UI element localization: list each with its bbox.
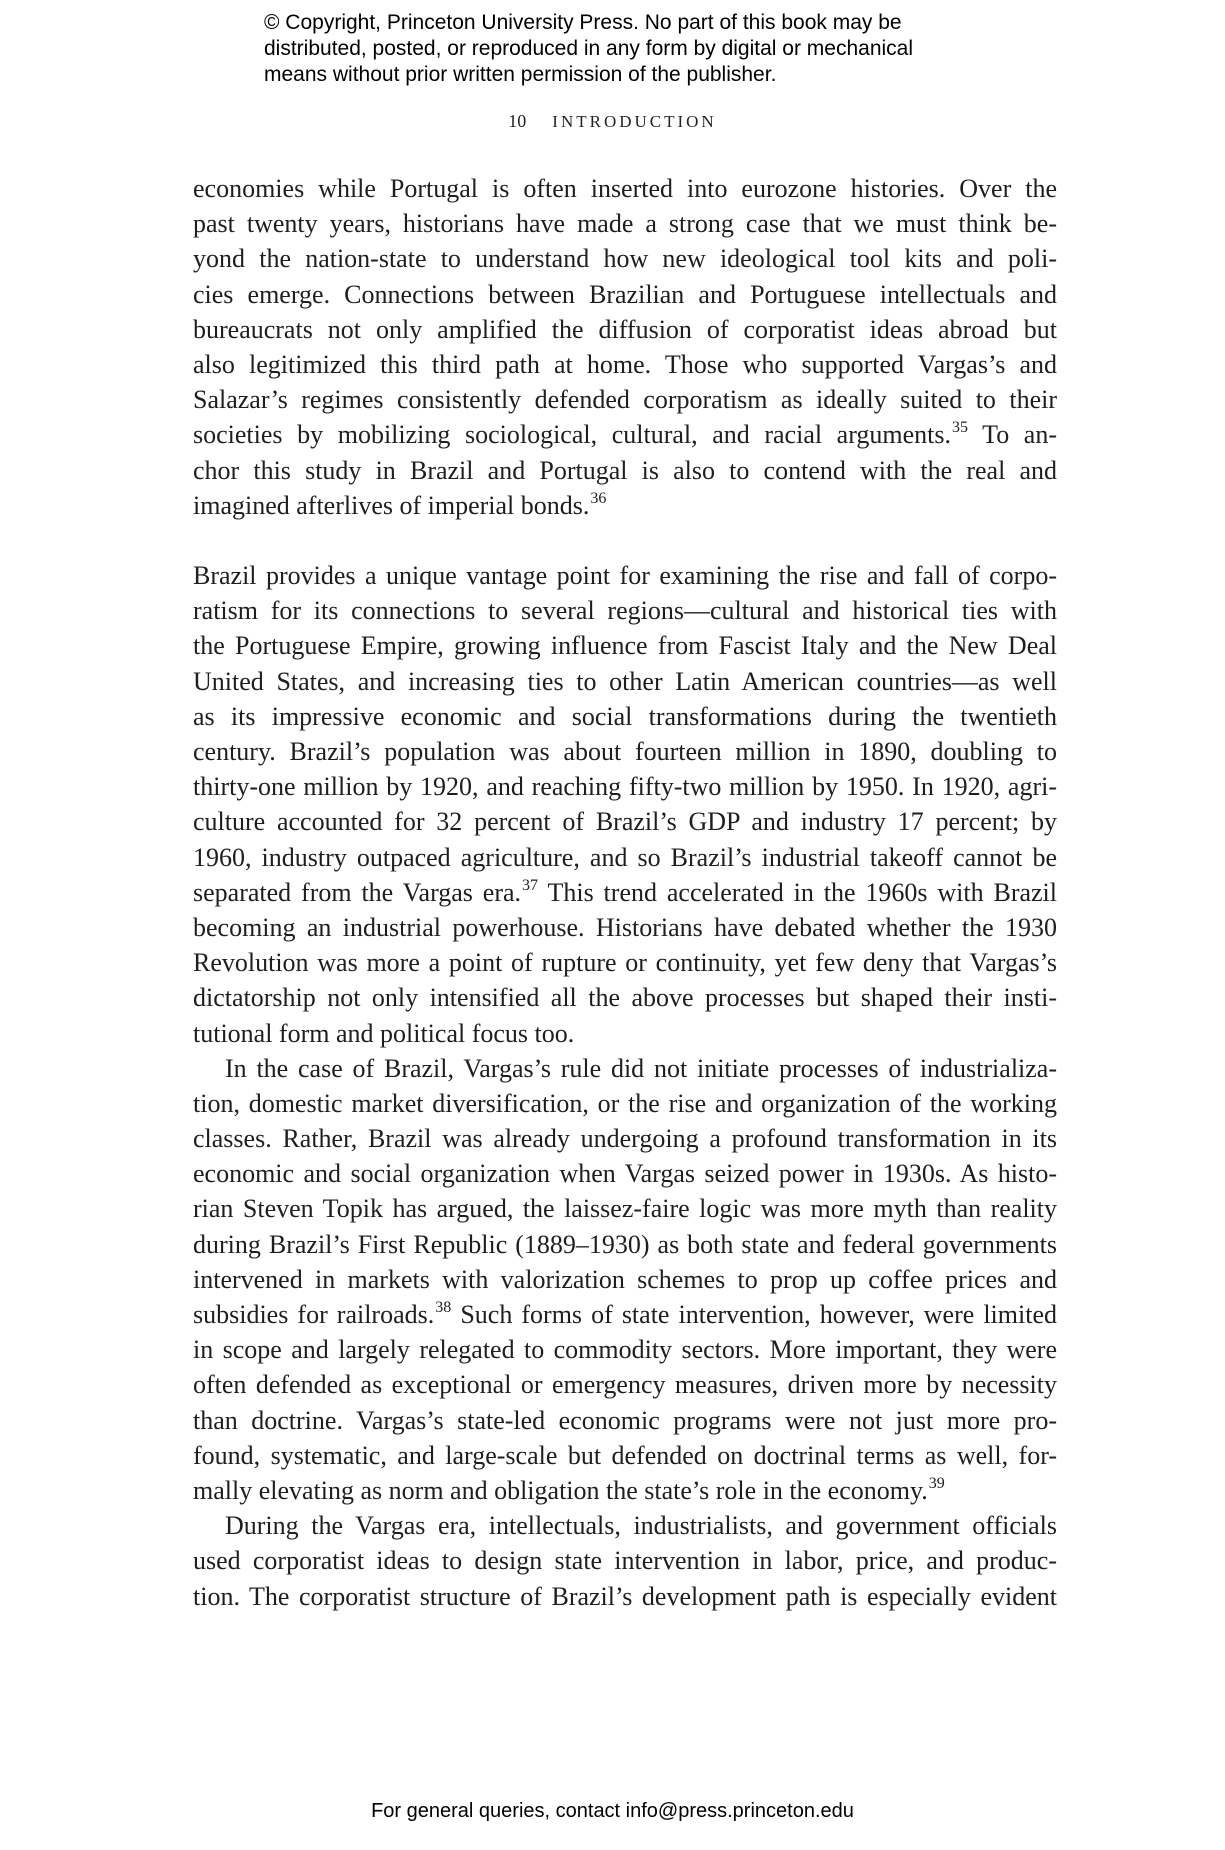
text-run: This trend accelerated in the 1960s with…: [538, 878, 1057, 907]
text-line: separated from the Vargas era.37 This tr…: [193, 875, 1057, 910]
paragraph: economies while Portugal is often insert…: [193, 171, 1057, 523]
text-line: imagined afterlives of imperial bonds.36: [193, 488, 1057, 523]
footnote-marker[interactable]: 36: [590, 490, 606, 507]
text-run: Such forms of state intervention, howeve…: [451, 1300, 1057, 1329]
copyright-line: means without prior written permission o…: [264, 62, 984, 88]
text-run: separated from the Vargas era.: [193, 878, 521, 907]
copyright-line: distributed, posted, or reproduced in an…: [264, 36, 984, 62]
text-line: in scope and largely relegated to commod…: [193, 1332, 1057, 1367]
text-run: subsidies for railroads.: [193, 1300, 434, 1329]
text-line: societies by mobilizing sociological, cu…: [193, 417, 1057, 452]
paragraph: Brazil provides a unique vantage point f…: [193, 558, 1057, 1051]
paragraph: During the Vargas era, intellectuals, in…: [193, 1508, 1057, 1614]
text-line: used corporatist ideas to design state i…: [193, 1543, 1057, 1578]
text-run: societies by mobilizing sociological, cu…: [193, 420, 951, 449]
text-line: Brazil provides a unique vantage point f…: [193, 558, 1057, 593]
text-line: also legitimized this third path at home…: [193, 347, 1057, 382]
text-line: chor this study in Brazil and Portugal i…: [193, 453, 1057, 488]
body-text: economies while Portugal is often insert…: [193, 171, 1057, 1614]
text-line: United States, and increasing ties to ot…: [193, 664, 1057, 699]
text-line: Revolution was more a point of rupture o…: [193, 945, 1057, 980]
text-line: found, systematic, and large-scale but d…: [193, 1438, 1057, 1473]
text-line: tutional form and political focus too.: [193, 1016, 1057, 1051]
text-run: imagined afterlives of imperial bonds.: [193, 491, 589, 520]
text-line: the Portuguese Empire, growing influence…: [193, 628, 1057, 663]
text-line: past twenty years, historians have made …: [193, 206, 1057, 241]
section-title: INTRODUCTION: [552, 112, 716, 131]
running-head: 10INTRODUCTION: [0, 111, 1225, 132]
text-line: tion, domestic market diversification, o…: [193, 1086, 1057, 1121]
text-line: as its impressive economic and social tr…: [193, 699, 1057, 734]
text-line: becoming an industrial powerhouse. Histo…: [193, 910, 1057, 945]
text-line: yond the nation-state to understand how …: [193, 241, 1057, 276]
footnote-marker[interactable]: 39: [929, 1475, 945, 1492]
text-line: century. Brazil’s population was about f…: [193, 734, 1057, 769]
text-line: In the case of Brazil, Vargas’s rule did…: [193, 1051, 1057, 1086]
text-line: 1960, industry outpaced agriculture, and…: [193, 840, 1057, 875]
text-line: intervened in markets with valorization …: [193, 1262, 1057, 1297]
text-line: bureaucrats not only amplified the diffu…: [193, 312, 1057, 347]
page-number: 10: [508, 111, 526, 131]
text-line: subsidies for railroads.38 Such forms of…: [193, 1297, 1057, 1332]
text-line: classes. Rather, Brazil was already unde…: [193, 1121, 1057, 1156]
copyright-notice: © Copyright, Princeton University Press.…: [264, 10, 984, 88]
paragraph: In the case of Brazil, Vargas’s rule did…: [193, 1051, 1057, 1508]
footnote-marker[interactable]: 35: [952, 419, 968, 436]
text-run: mally elevating as norm and obligation t…: [193, 1476, 928, 1505]
text-line: tion. The corporatist structure of Brazi…: [193, 1579, 1057, 1614]
footer-contact: For general queries, contact info@press.…: [0, 1800, 1225, 1823]
text-run: To an-: [968, 420, 1057, 449]
text-line: thirty-one million by 1920, and reaching…: [193, 769, 1057, 804]
text-line: mally elevating as norm and obligation t…: [193, 1473, 1057, 1508]
text-line: often defended as exceptional or emergen…: [193, 1367, 1057, 1402]
copyright-line: © Copyright, Princeton University Press.…: [264, 10, 984, 36]
text-line: cies emerge. Connections between Brazili…: [193, 277, 1057, 312]
text-line: rian Steven Topik has argued, the laisse…: [193, 1191, 1057, 1226]
text-line: culture accounted for 32 percent of Braz…: [193, 804, 1057, 839]
text-line: Salazar’s regimes consistently defended …: [193, 382, 1057, 417]
footnote-marker[interactable]: 37: [522, 877, 538, 894]
section-break: [193, 523, 1057, 558]
text-line: dictatorship not only intensified all th…: [193, 980, 1057, 1015]
text-line: economies while Portugal is often insert…: [193, 171, 1057, 206]
footnote-marker[interactable]: 38: [435, 1299, 451, 1316]
text-line: During the Vargas era, intellectuals, in…: [193, 1508, 1057, 1543]
text-line: than doctrine. Vargas’s state-led econom…: [193, 1403, 1057, 1438]
text-line: economic and social organization when Va…: [193, 1156, 1057, 1191]
text-line: ratism for its connections to several re…: [193, 593, 1057, 628]
text-line: during Brazil’s First Republic (1889–193…: [193, 1227, 1057, 1262]
